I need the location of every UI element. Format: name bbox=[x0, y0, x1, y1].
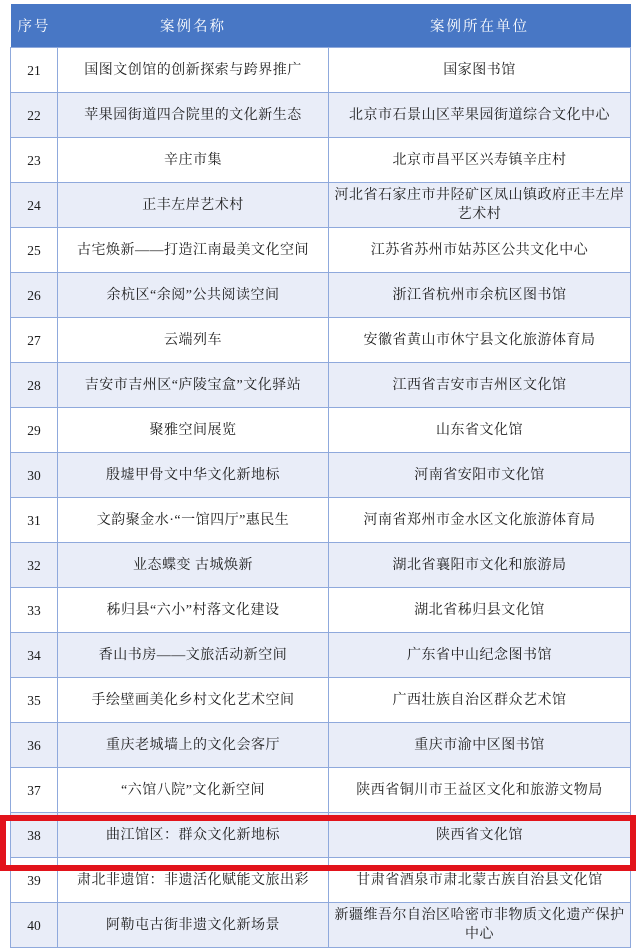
table-row: 40 阿勒屯古街非遗文化新场景 新疆维吾尔自治区哈密市非物质文化遗产保护中心 bbox=[11, 903, 631, 948]
cell-unit: 河南省安阳市文化馆 bbox=[329, 453, 631, 498]
table-row: 29 聚雅空间展览 山东省文化馆 bbox=[11, 408, 631, 453]
cell-name: 国图文创馆的创新探索与跨界推广 bbox=[58, 48, 329, 93]
cell-unit: 湖北省秭归县文化馆 bbox=[329, 588, 631, 633]
cell-unit: 北京市昌平区兴寿镇辛庄村 bbox=[329, 138, 631, 183]
table-row: 31 文韵聚金水·“一馆四厅”惠民生 河南省郑州市金水区文化旅游体育局 bbox=[11, 498, 631, 543]
cell-unit: 湖北省襄阳市文化和旅游局 bbox=[329, 543, 631, 588]
col-header-unit: 案例所在单位 bbox=[329, 4, 631, 48]
cell-unit: 新疆维吾尔自治区哈密市非物质文化遗产保护中心 bbox=[329, 903, 631, 948]
cell-name: 香山书房——文旅活动新空间 bbox=[58, 633, 329, 678]
cell-name: 古宅焕新——打造江南最美文化空间 bbox=[58, 228, 329, 273]
cell-name: 秭归县“六小”村落文化建设 bbox=[58, 588, 329, 633]
cell-name: 曲江馆区：群众文化新地标 bbox=[58, 813, 329, 858]
table-row: 37 “六馆八院”文化新空间 陕西省铜川市王益区文化和旅游文物局 bbox=[11, 768, 631, 813]
table-row: 34 香山书房——文旅活动新空间 广东省中山纪念图书馆 bbox=[11, 633, 631, 678]
cell-no: 28 bbox=[11, 363, 58, 408]
cell-unit: 浙江省杭州市余杭区图书馆 bbox=[329, 273, 631, 318]
case-table-container: 序号 案例名称 案例所在单位 21 国图文创馆的创新探索与跨界推广 国家图书馆 … bbox=[10, 4, 630, 948]
cell-no: 38 bbox=[11, 813, 58, 858]
cell-name: 正丰左岸艺术村 bbox=[58, 183, 329, 228]
table-row: 26 余杭区“余阅”公共阅读空间 浙江省杭州市余杭区图书馆 bbox=[11, 273, 631, 318]
cell-no: 36 bbox=[11, 723, 58, 768]
cell-no: 32 bbox=[11, 543, 58, 588]
cell-name: 阿勒屯古街非遗文化新场景 bbox=[58, 903, 329, 948]
cell-no: 30 bbox=[11, 453, 58, 498]
cell-unit: 广东省中山纪念图书馆 bbox=[329, 633, 631, 678]
cell-name: 手绘壁画美化乡村文化艺术空间 bbox=[58, 678, 329, 723]
cell-name: 业态蝶变 古城焕新 bbox=[58, 543, 329, 588]
cell-name: 重庆老城墙上的文化会客厅 bbox=[58, 723, 329, 768]
cell-name: 辛庄市集 bbox=[58, 138, 329, 183]
cell-no: 39 bbox=[11, 858, 58, 903]
cell-name: 吉安市吉州区“庐陵宝盒”文化驿站 bbox=[58, 363, 329, 408]
cell-unit: 重庆市渝中区图书馆 bbox=[329, 723, 631, 768]
table-row: 32 业态蝶变 古城焕新 湖北省襄阳市文化和旅游局 bbox=[11, 543, 631, 588]
cell-unit: 陕西省铜川市王益区文化和旅游文物局 bbox=[329, 768, 631, 813]
cell-no: 37 bbox=[11, 768, 58, 813]
cell-unit: 山东省文化馆 bbox=[329, 408, 631, 453]
table-row: 27 云端列车 安徽省黄山市休宁县文化旅游体育局 bbox=[11, 318, 631, 363]
cell-no: 25 bbox=[11, 228, 58, 273]
table-row: 28 吉安市吉州区“庐陵宝盒”文化驿站 江西省吉安市吉州区文化馆 bbox=[11, 363, 631, 408]
col-header-name: 案例名称 bbox=[58, 4, 329, 48]
cell-unit: 安徽省黄山市休宁县文化旅游体育局 bbox=[329, 318, 631, 363]
cell-name: 聚雅空间展览 bbox=[58, 408, 329, 453]
table-row: 38 曲江馆区：群众文化新地标 陕西省文化馆 bbox=[11, 813, 631, 858]
table-row-highlighted: 39 肃北非遗馆：非遗活化赋能文旅出彩 甘肃省酒泉市肃北蒙古族自治县文化馆 bbox=[11, 858, 631, 903]
table-row: 35 手绘壁画美化乡村文化艺术空间 广西壮族自治区群众艺术馆 bbox=[11, 678, 631, 723]
cell-no: 23 bbox=[11, 138, 58, 183]
cell-unit: 河南省郑州市金水区文化旅游体育局 bbox=[329, 498, 631, 543]
case-table: 序号 案例名称 案例所在单位 21 国图文创馆的创新探索与跨界推广 国家图书馆 … bbox=[10, 4, 631, 948]
table-row: 21 国图文创馆的创新探索与跨界推广 国家图书馆 bbox=[11, 48, 631, 93]
cell-name: 文韵聚金水·“一馆四厅”惠民生 bbox=[58, 498, 329, 543]
table-row: 36 重庆老城墙上的文化会客厅 重庆市渝中区图书馆 bbox=[11, 723, 631, 768]
cell-unit: 江西省吉安市吉州区文化馆 bbox=[329, 363, 631, 408]
cell-unit: 甘肃省酒泉市肃北蒙古族自治县文化馆 bbox=[329, 858, 631, 903]
cell-unit: 国家图书馆 bbox=[329, 48, 631, 93]
cell-name: 殷墟甲骨文中华文化新地标 bbox=[58, 453, 329, 498]
cell-unit: 北京市石景山区苹果园街道综合文化中心 bbox=[329, 93, 631, 138]
cell-no: 27 bbox=[11, 318, 58, 363]
table-row: 30 殷墟甲骨文中华文化新地标 河南省安阳市文化馆 bbox=[11, 453, 631, 498]
cell-no: 29 bbox=[11, 408, 58, 453]
cell-no: 33 bbox=[11, 588, 58, 633]
cell-name: 云端列车 bbox=[58, 318, 329, 363]
cell-unit: 河北省石家庄市井陉矿区凤山镇政府正丰左岸艺术村 bbox=[329, 183, 631, 228]
table-row: 24 正丰左岸艺术村 河北省石家庄市井陉矿区凤山镇政府正丰左岸艺术村 bbox=[11, 183, 631, 228]
table-row: 33 秭归县“六小”村落文化建设 湖北省秭归县文化馆 bbox=[11, 588, 631, 633]
cell-no: 31 bbox=[11, 498, 58, 543]
cell-unit: 江苏省苏州市姑苏区公共文化中心 bbox=[329, 228, 631, 273]
cell-unit: 陕西省文化馆 bbox=[329, 813, 631, 858]
table-row: 23 辛庄市集 北京市昌平区兴寿镇辛庄村 bbox=[11, 138, 631, 183]
cell-name: 余杭区“余阅”公共阅读空间 bbox=[58, 273, 329, 318]
cell-name: 苹果园街道四合院里的文化新生态 bbox=[58, 93, 329, 138]
cell-no: 22 bbox=[11, 93, 58, 138]
cell-unit: 广西壮族自治区群众艺术馆 bbox=[329, 678, 631, 723]
header-row: 序号 案例名称 案例所在单位 bbox=[11, 4, 631, 48]
cell-name: 肃北非遗馆：非遗活化赋能文旅出彩 bbox=[58, 858, 329, 903]
cell-no: 26 bbox=[11, 273, 58, 318]
cell-no: 34 bbox=[11, 633, 58, 678]
table-row: 25 古宅焕新——打造江南最美文化空间 江苏省苏州市姑苏区公共文化中心 bbox=[11, 228, 631, 273]
cell-no: 35 bbox=[11, 678, 58, 723]
table-row: 22 苹果园街道四合院里的文化新生态 北京市石景山区苹果园街道综合文化中心 bbox=[11, 93, 631, 138]
cell-name: “六馆八院”文化新空间 bbox=[58, 768, 329, 813]
col-header-no: 序号 bbox=[11, 4, 58, 48]
cell-no: 40 bbox=[11, 903, 58, 948]
cell-no: 24 bbox=[11, 183, 58, 228]
cell-no: 21 bbox=[11, 48, 58, 93]
